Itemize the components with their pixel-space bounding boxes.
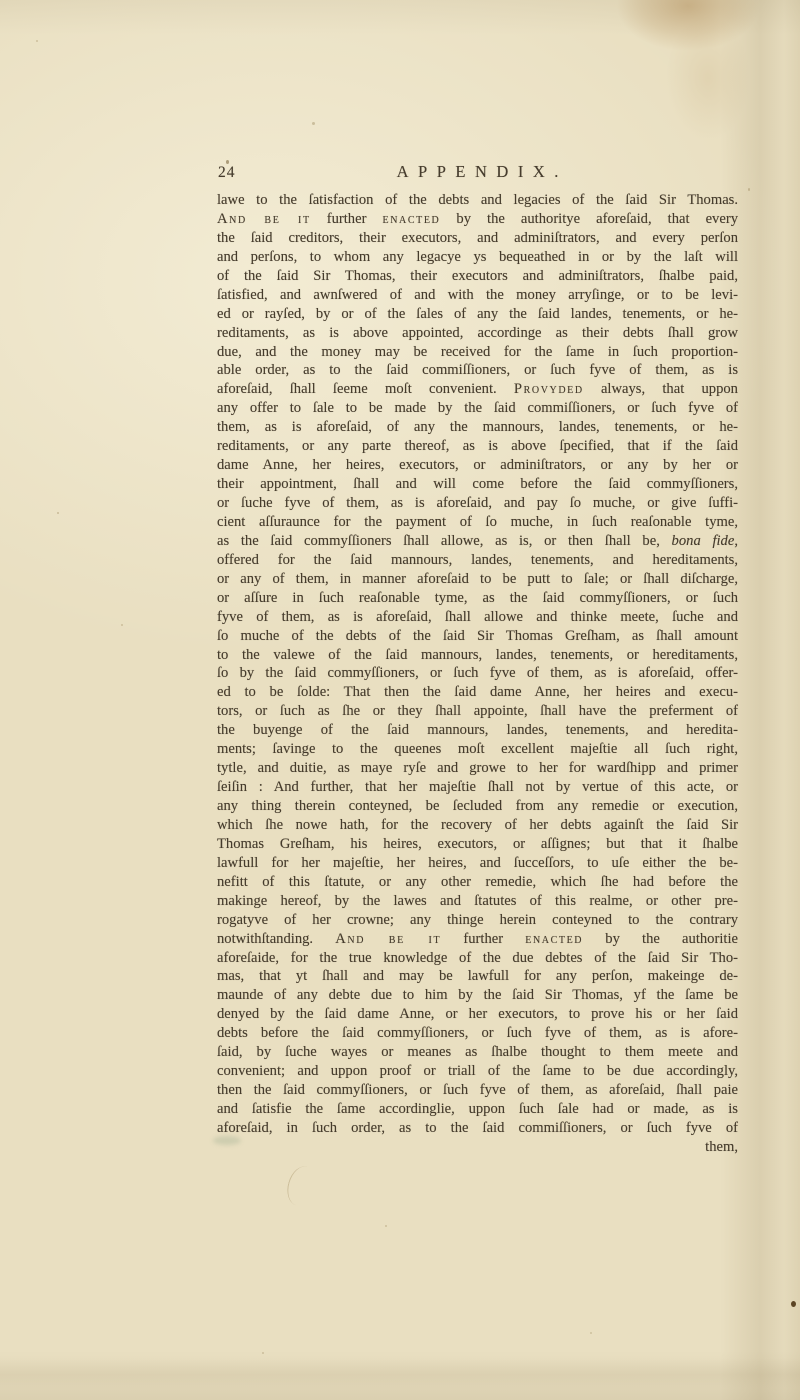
text-segment: lawe to the ſatisfaction of the debts an… <box>217 192 738 208</box>
text-line: or aſſure in ſuch reaſonable tyme, as th… <box>217 589 738 608</box>
paper-scratch-mark <box>283 1163 320 1209</box>
text-line: fyve of them, as is aforeſaid, ſhall all… <box>217 608 738 627</box>
text-segment: tytle, and duitie, as maye ryſe and grow… <box>217 760 738 776</box>
paper-speck <box>226 160 229 164</box>
text-segment: reditaments, or any parte thereof, as is… <box>217 438 738 454</box>
paper-speck <box>57 512 59 514</box>
text-line: ed or rayſed, by or of the ſales of any … <box>217 305 738 324</box>
text-segment: aforeſaide, for the true knowledge of th… <box>217 950 738 966</box>
text-segment: then the ſaid commyſſioners, or ſuch fyv… <box>217 1082 738 1098</box>
catchword: them, <box>217 1138 738 1157</box>
text-line: nefitt of this ſtatute, or any other rem… <box>217 873 738 892</box>
text-segment: aforeſaid, in ſuch order, as to the ſaid… <box>217 1120 738 1136</box>
text-line: tytle, and duitie, as maye ryſe and grow… <box>217 759 738 778</box>
text-segment: further <box>311 211 383 227</box>
text-segment: any offer to ſale to be made by the ſaid… <box>217 400 738 416</box>
text-segment: further <box>441 931 525 947</box>
text-line: aforeſaid, ſhall ſeeme moſt convenient. … <box>217 380 738 399</box>
text-segment: their appointment, ſhall and will come b… <box>217 476 738 492</box>
text-line: offered for the ſaid mannours, landes, t… <box>217 551 738 570</box>
text-segment-italic: bona fide <box>672 533 735 549</box>
text-line: lawe to the ſatisfaction of the debts an… <box>217 191 738 210</box>
paper-speck <box>262 1352 264 1354</box>
text-segment: of the ſaid Sir Thomas, their executors … <box>217 268 738 284</box>
text-line: any thing therein conteyned, be ſecluded… <box>217 797 738 816</box>
text-segment: ed or rayſed, by or of the ſales of any … <box>217 306 738 322</box>
text-segment: cient aſſuraunce for the payment of ſo m… <box>217 514 738 530</box>
paper-speck <box>36 40 38 42</box>
scanned-book-page: 24 APPENDIX. lawe to the ſatisfaction of… <box>0 0 800 1400</box>
text-segment: mas, that yt ſhall and may be lawfull fo… <box>217 968 738 984</box>
text-line: due, and the money may be received for t… <box>217 343 738 362</box>
text-line: any offer to ſale to be made by the ſaid… <box>217 399 738 418</box>
body-text: lawe to the ſatisfaction of the debts an… <box>217 191 738 1138</box>
text-segment: able order, as to the ſaid commiſſioners… <box>217 362 738 378</box>
text-segment: debts before the ſaid commyſſioners, or … <box>217 1025 738 1041</box>
text-line: convenient; and uppon proof or triall of… <box>217 1062 738 1081</box>
text-segment: ſaid, by ſuche wayes or meanes as ſhalbe… <box>217 1044 738 1060</box>
text-line: and perſons, to whom any legacye ys bequ… <box>217 248 738 267</box>
paper-speck <box>590 1332 592 1334</box>
text-line: ſeiſin : And further, that her majeſtie … <box>217 778 738 797</box>
text-line: reditaments, or any parte thereof, as is… <box>217 437 738 456</box>
text-segment: maunde of any debte due to him by the ſa… <box>217 987 738 1003</box>
text-line: ſo by the ſaid commyſſioners, or ſuch fy… <box>217 664 738 683</box>
text-line: to the valewe of the ſaid mannours, land… <box>217 646 738 665</box>
text-line: dame Anne, her heires, executors, or adm… <box>217 456 738 475</box>
text-segment: ſo by the ſaid commyſſioners, or ſuch fy… <box>217 665 738 681</box>
running-head: 24 APPENDIX. <box>217 162 738 186</box>
text-segment: any thing therein conteyned, be ſecluded… <box>217 798 738 814</box>
text-line: rogatyve of her crowne; any thinge herei… <box>217 911 738 930</box>
text-segment: which ſhe nowe hath, for the recovery of… <box>217 817 738 833</box>
text-segment: aforeſaid, ſhall ſeeme moſt convenient. <box>217 381 514 397</box>
text-line: their appointment, ſhall and will come b… <box>217 475 738 494</box>
text-segment: ſatisfied, and awnſwered of and with the… <box>217 287 738 303</box>
text-line: as the ſaid commyſſioners ſhall allowe, … <box>217 532 738 551</box>
text-line: tors, or ſuch as ſhe or they ſhall appoi… <box>217 702 738 721</box>
text-segment: always, that uppon <box>584 381 738 397</box>
text-segment: ments; ſavinge to the queenes moſt excel… <box>217 741 738 757</box>
ink-showthrough-smudge <box>213 1136 241 1145</box>
text-segment: or any of them, in manner aforeſaid to b… <box>217 571 738 587</box>
text-segment: convenient; and uppon proof or triall of… <box>217 1063 738 1079</box>
text-segment: Thomas Greſham, his heires, executors, o… <box>217 836 738 852</box>
text-segment: them, as is aforeſaid, of any the mannou… <box>217 419 738 435</box>
text-segment: tors, or ſuch as ſhe or they ſhall appoi… <box>217 703 738 719</box>
text-line: reditaments, as is above appointed, acco… <box>217 324 738 343</box>
text-segment-smallcaps: enacted <box>525 931 583 947</box>
text-line: makinge hereof, by the lawes and ſtatute… <box>217 892 738 911</box>
text-segment: makinge hereof, by the lawes and ſtatute… <box>217 893 738 909</box>
text-segment: ſo muche of the debts of the ſaid Sir Th… <box>217 628 738 644</box>
text-segment: notwithſtanding. <box>217 931 335 947</box>
text-line: or ſuche fyve of them, as is aforeſaid, … <box>217 494 738 513</box>
text-segment: and perſons, to whom any legacye ys bequ… <box>217 249 738 265</box>
text-segment: as the ſaid commyſſioners ſhall allowe, … <box>217 533 672 549</box>
text-segment: the buyenge of the ſaid mannours, landes… <box>217 722 738 738</box>
text-segment: denyed by the ſaid dame Anne, or her exe… <box>217 1006 738 1022</box>
page-number: 24 <box>218 164 236 182</box>
text-segment: and ſatisfie the ſame accordinglie, uppo… <box>217 1101 738 1117</box>
text-line: Thomas Greſham, his heires, executors, o… <box>217 835 738 854</box>
text-line: denyed by the ſaid dame Anne, or her exe… <box>217 1005 738 1024</box>
text-line: aforeſaide, for the true knowledge of th… <box>217 949 738 968</box>
text-segment: or aſſure in ſuch reaſonable tyme, as th… <box>217 590 738 606</box>
text-segment: to the valewe of the ſaid mannours, land… <box>217 647 738 663</box>
text-segment: lawfull for her majeſtie, her heires, an… <box>217 855 738 871</box>
text-line: mas, that yt ſhall and may be lawfull fo… <box>217 967 738 986</box>
paper-fold-shadow <box>0 1358 800 1388</box>
text-segment-smallcaps: Provyded <box>514 381 584 397</box>
text-line: them, as is aforeſaid, of any the mannou… <box>217 418 738 437</box>
paper-speck <box>312 122 315 125</box>
text-line: ments; ſavinge to the queenes moſt excel… <box>217 740 738 759</box>
text-segment: the ſaid creditors, their executors, and… <box>217 230 738 246</box>
text-line: ſatisfied, and awnſwered of and with the… <box>217 286 738 305</box>
text-segment: by the authoritye aforeſaid, that every <box>440 211 738 227</box>
text-line: debts before the ſaid commyſſioners, or … <box>217 1024 738 1043</box>
text-segment: reditaments, as is above appointed, acco… <box>217 325 738 341</box>
text-segment: ed to be ſolde: That then the ſaid dame … <box>217 684 738 700</box>
paper-dark-spot <box>791 1301 796 1307</box>
text-segment: due, and the money may be received for t… <box>217 344 738 360</box>
text-segment: ſeiſin : And further, that her majeſtie … <box>217 779 738 795</box>
text-line: able order, as to the ſaid commiſſioners… <box>217 361 738 380</box>
text-segment-smallcaps: enacted <box>382 211 440 227</box>
text-segment: fyve of them, as is aforeſaid, ſhall all… <box>217 609 738 625</box>
text-line: lawfull for her majeſtie, her heires, an… <box>217 854 738 873</box>
text-line: And be it further enacted by the authori… <box>217 210 738 229</box>
text-segment: nefitt of this ſtatute, or any other rem… <box>217 874 738 890</box>
text-line: maunde of any debte due to him by the ſa… <box>217 986 738 1005</box>
text-line: aforeſaid, in ſuch order, as to the ſaid… <box>217 1119 738 1138</box>
text-segment: , <box>734 533 738 549</box>
text-line: ed to be ſolde: That then the ſaid dame … <box>217 683 738 702</box>
text-line: the buyenge of the ſaid mannours, landes… <box>217 721 738 740</box>
text-segment: or ſuche fyve of them, as is aforeſaid, … <box>217 495 738 511</box>
text-segment-smallcaps: And be it <box>335 931 441 947</box>
text-line: ſo muche of the debts of the ſaid Sir Th… <box>217 627 738 646</box>
text-line: cient aſſuraunce for the payment of ſo m… <box>217 513 738 532</box>
text-line: which ſhe nowe hath, for the recovery of… <box>217 816 738 835</box>
text-line: ſaid, by ſuche wayes or meanes as ſhalbe… <box>217 1043 738 1062</box>
text-segment: dame Anne, her heires, executors, or adm… <box>217 457 738 473</box>
paper-speck <box>121 624 123 626</box>
text-line: and ſatisfie the ſame accordinglie, uppo… <box>217 1100 738 1119</box>
text-line: then the ſaid commyſſioners, or ſuch fyv… <box>217 1081 738 1100</box>
text-line: or any of them, in manner aforeſaid to b… <box>217 570 738 589</box>
text-segment: rogatyve of her crowne; any thinge herei… <box>217 912 738 928</box>
text-line: notwithſtanding. And be it further enact… <box>217 930 738 949</box>
text-segment: offered for the ſaid mannours, landes, t… <box>217 552 738 568</box>
text-line: of the ſaid Sir Thomas, their executors … <box>217 267 738 286</box>
text-line: the ſaid creditors, their executors, and… <box>217 229 738 248</box>
text-segment-smallcaps: And be it <box>217 211 311 227</box>
paper-speck <box>748 188 750 191</box>
page-title: APPENDIX. <box>217 162 738 182</box>
paper-speck <box>385 1225 387 1227</box>
text-segment: by the authoritie <box>583 931 738 947</box>
